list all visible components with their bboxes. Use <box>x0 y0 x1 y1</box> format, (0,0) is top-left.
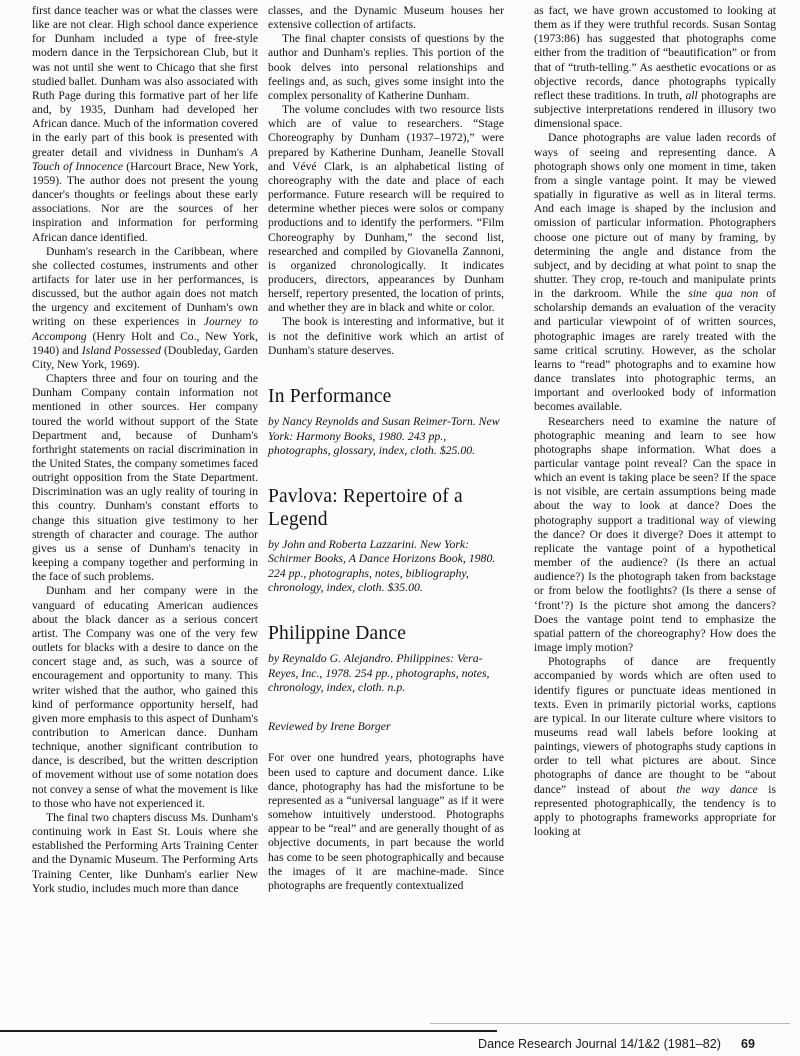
italic-text: Island Possessed <box>82 344 161 357</box>
column-2: classes, and the Dynamic Museum houses h… <box>268 4 504 896</box>
body-text: first dance teacher was or what the clas… <box>32 4 258 159</box>
body-text: Dunham and her company were in the vangu… <box>32 584 258 809</box>
body-text: The book is interesting and informative,… <box>268 315 504 356</box>
review-byline: by Reynaldo G. Alejandro. Philippines: V… <box>268 651 504 695</box>
italic-text: sine qua non <box>688 287 758 300</box>
body-text: of scholarship demands an evaluation of … <box>534 287 776 413</box>
body-text: Chapters three and four on touring and t… <box>32 372 258 583</box>
bottom-rule-left <box>0 1030 497 1032</box>
reviewer-line: Reviewed by Irene Borger <box>268 719 504 734</box>
review-byline: by Nancy Reynolds and Susan Reimer-Torn.… <box>268 414 504 458</box>
body-text: as fact, we have grown accustomed to loo… <box>534 4 776 102</box>
paragraph: For over one hundred years, photographs … <box>268 751 504 893</box>
paragraph: first dance teacher was or what the clas… <box>32 4 258 245</box>
italic-text: the way dance <box>676 783 757 796</box>
paragraph: Dunham's research in the Caribbean, wher… <box>32 245 258 372</box>
body-text: Researchers need to examine the nature o… <box>534 415 776 655</box>
body-text: For over one hundred years, photographs … <box>268 751 504 891</box>
paragraph: Photographs of dance are frequently acco… <box>534 655 776 839</box>
body-text: Dance photographs are value laden record… <box>534 131 776 300</box>
column-1: first dance teacher was or what the clas… <box>32 4 258 896</box>
paragraph: Dance photographs are value laden record… <box>534 131 776 414</box>
italic-text: all <box>686 89 698 102</box>
body-text: Photographs of dance are frequently acco… <box>534 655 776 795</box>
journal-title-footer: Dance Research Journal 14/1&2 (1981–82) <box>478 1037 721 1051</box>
paragraph: classes, and the Dynamic Museum houses h… <box>268 4 504 32</box>
body-text: classes, and the Dynamic Museum houses h… <box>268 4 504 31</box>
column-3: as fact, we have grown accustomed to loo… <box>534 4 776 896</box>
text-columns: first dance teacher was or what the clas… <box>32 4 776 896</box>
body-text: The final chapter consists of questions … <box>268 32 504 102</box>
body-text: The volume concludes with two resource l… <box>268 103 504 314</box>
paragraph: The final two chapters discuss Ms. Dunha… <box>32 811 258 896</box>
paragraph: as fact, we have grown accustomed to loo… <box>534 4 776 131</box>
page-number: 69 <box>741 1037 755 1051</box>
paragraph: Dunham and her company were in the vangu… <box>32 584 258 811</box>
paragraph: The volume concludes with two resource l… <box>268 103 504 315</box>
page-footer: Dance Research Journal 14/1&2 (1981–82)6… <box>478 1037 755 1051</box>
review-byline: by John and Roberta Lazzarini. New York:… <box>268 537 504 595</box>
bottom-rule-right <box>430 1023 790 1024</box>
body-text: The final two chapters discuss Ms. Dunha… <box>32 811 258 895</box>
review-title: In Performance <box>268 385 504 408</box>
paragraph: The final chapter consists of questions … <box>268 32 504 103</box>
paragraph: Chapters three and four on touring and t… <box>32 372 258 584</box>
paragraph: Researchers need to examine the nature o… <box>534 415 776 656</box>
paragraph: The book is interesting and informative,… <box>268 315 504 357</box>
journal-page: first dance teacher was or what the clas… <box>0 0 800 1056</box>
review-title: Pavlova: Repertoire of a Legend <box>268 485 504 531</box>
review-title: Philippine Dance <box>268 622 504 645</box>
